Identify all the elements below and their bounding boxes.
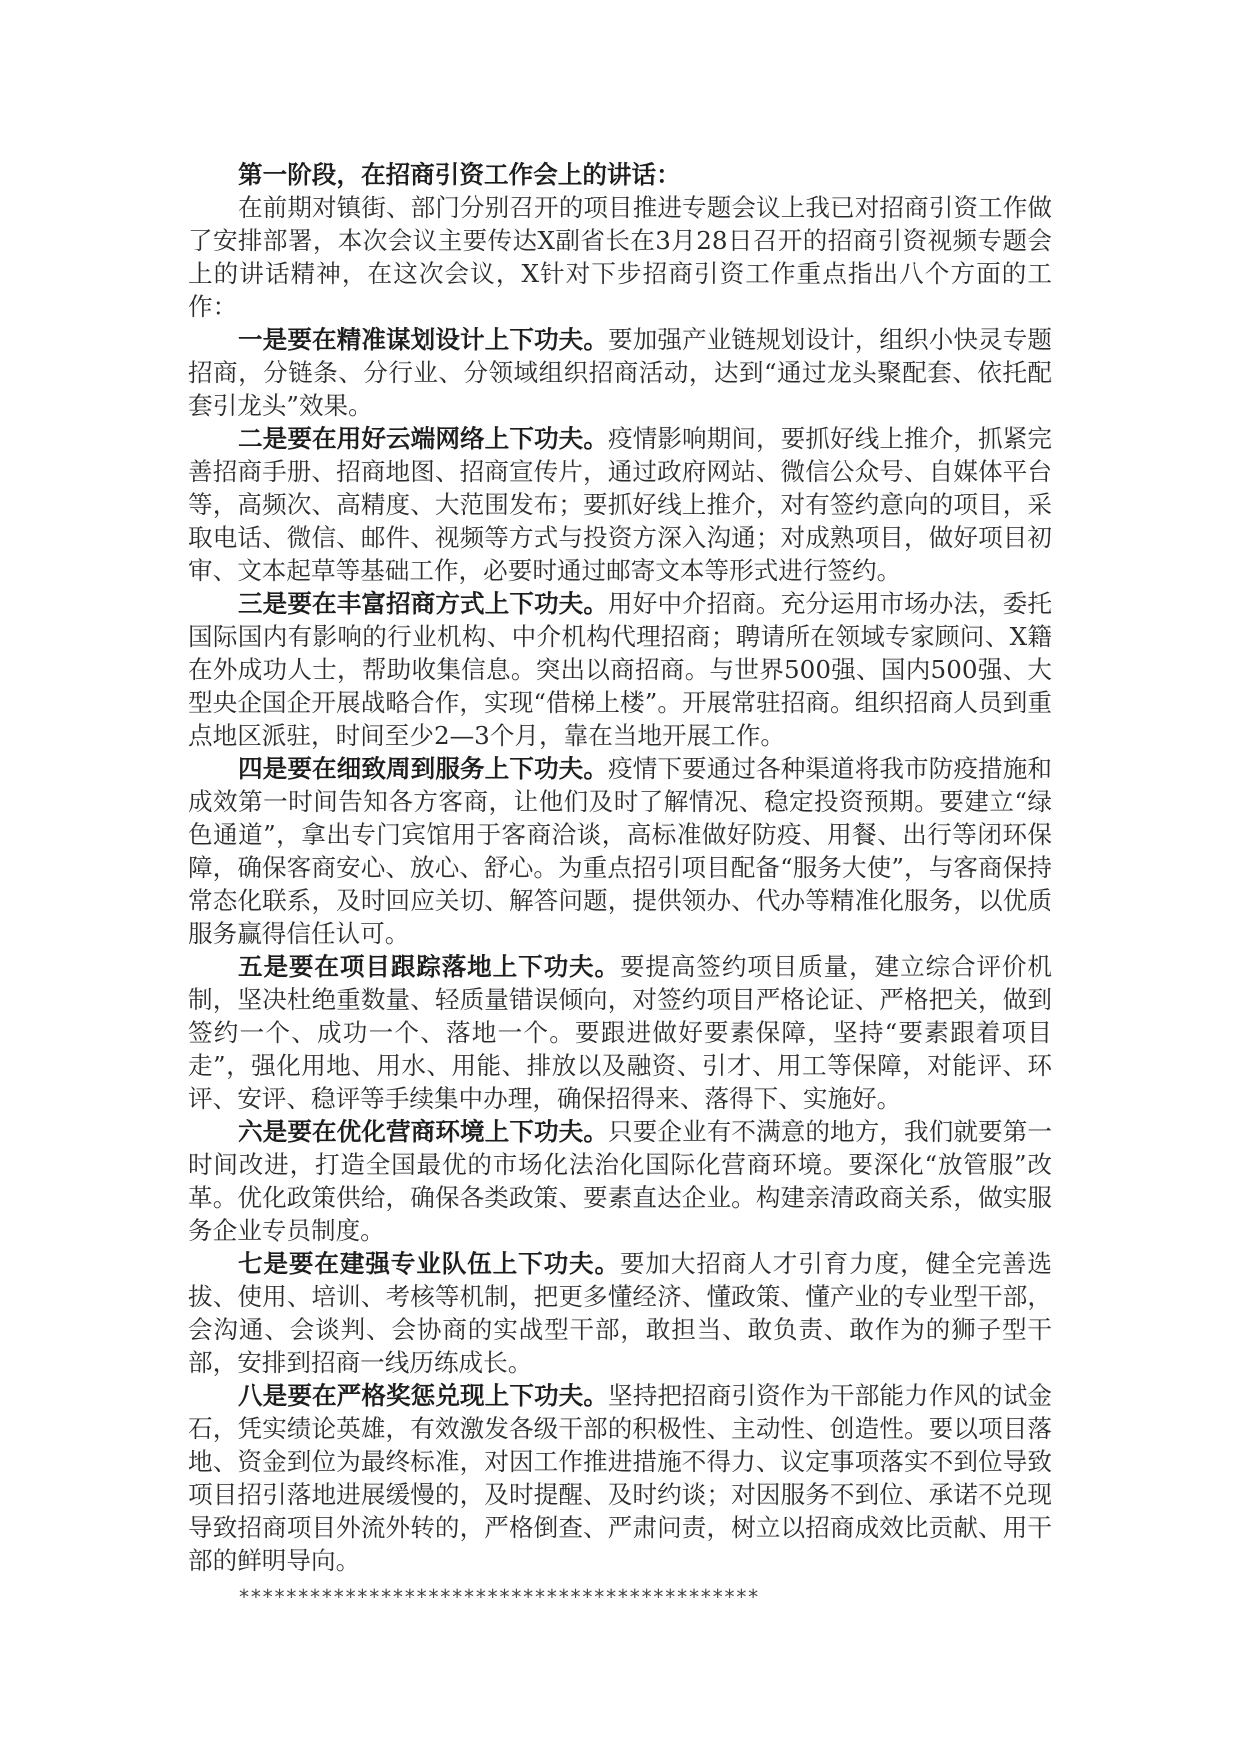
point-paragraph-2: 二是要在用好云端网络上下功夫。疫情影响期间，要抓好线上推介，抓紧完善招商手册、招…	[188, 422, 1052, 587]
point-heading-6: 六是要在优化营商环境上下功夫。	[238, 1117, 608, 1146]
point-paragraph-1: 一是要在精准谋划设计上下功夫。要加强产业链规划设计，组织小快灵专题招商，分链条、…	[188, 323, 1052, 422]
point-heading-8: 八是要在严格奖惩兑现上下功夫。	[238, 1381, 608, 1410]
section-title: 第一阶段，在招商引资工作会上的讲话：	[238, 160, 681, 189]
point-paragraph-7: 七是要在建强专业队伍上下功夫。要加大招商人才引育力度，健全完善选拔、使用、培训、…	[188, 1247, 1052, 1379]
point-body-8: 坚持把招商引资作为干部能力作风的试金石，凭实绩论英雄，有效激发各级干部的积极性、…	[188, 1381, 1052, 1575]
point-paragraph-5: 五是要在项目跟踪落地上下功夫。要提高签约项目质量，建立综合评价机制，坚决杜绝重数…	[188, 950, 1052, 1115]
section-title-paragraph: 第一阶段，在招商引资工作会上的讲话：	[188, 158, 1052, 191]
point-paragraph-6: 六是要在优化营商环境上下功夫。只要企业有不满意的地方，我们就要第一时间改进，打造…	[188, 1115, 1052, 1247]
point-heading-3: 三是要在丰富招商方式上下功夫。	[238, 589, 608, 618]
point-paragraph-8: 八是要在严格奖惩兑现上下功夫。坚持把招商引资作为干部能力作风的试金石，凭实绩论英…	[188, 1379, 1052, 1577]
point-heading-1: 一是要在精准谋划设计上下功夫。	[238, 325, 608, 354]
point-heading-2: 二是要在用好云端网络上下功夫。	[238, 424, 608, 453]
intro-paragraph: 在前期对镇街、部门分别召开的项目推进专题会议上我已对招商引资工作做了安排部署，本…	[188, 191, 1052, 323]
separator-line: ****************************************…	[188, 1577, 1052, 1617]
point-body-4: 疫情下要通过各种渠道将我市防疫措施和成效第一时间告知各方客商，让他们及时了解情况…	[188, 754, 1052, 948]
point-paragraph-3: 三是要在丰富招商方式上下功夫。用好中介招商。充分运用市场办法，委托国际国内有影响…	[188, 587, 1052, 752]
point-paragraph-4: 四是要在细致周到服务上下功夫。疫情下要通过各种渠道将我市防疫措施和成效第一时间告…	[188, 752, 1052, 950]
point-heading-7: 七是要在建强专业队伍上下功夫。	[238, 1249, 620, 1278]
document-page: 第一阶段，在招商引资工作会上的讲话： 在前期对镇街、部门分别召开的项目推进专题会…	[188, 158, 1052, 1617]
point-heading-4: 四是要在细致周到服务上下功夫。	[238, 754, 608, 783]
point-heading-5: 五是要在项目跟踪落地上下功夫。	[238, 952, 620, 981]
